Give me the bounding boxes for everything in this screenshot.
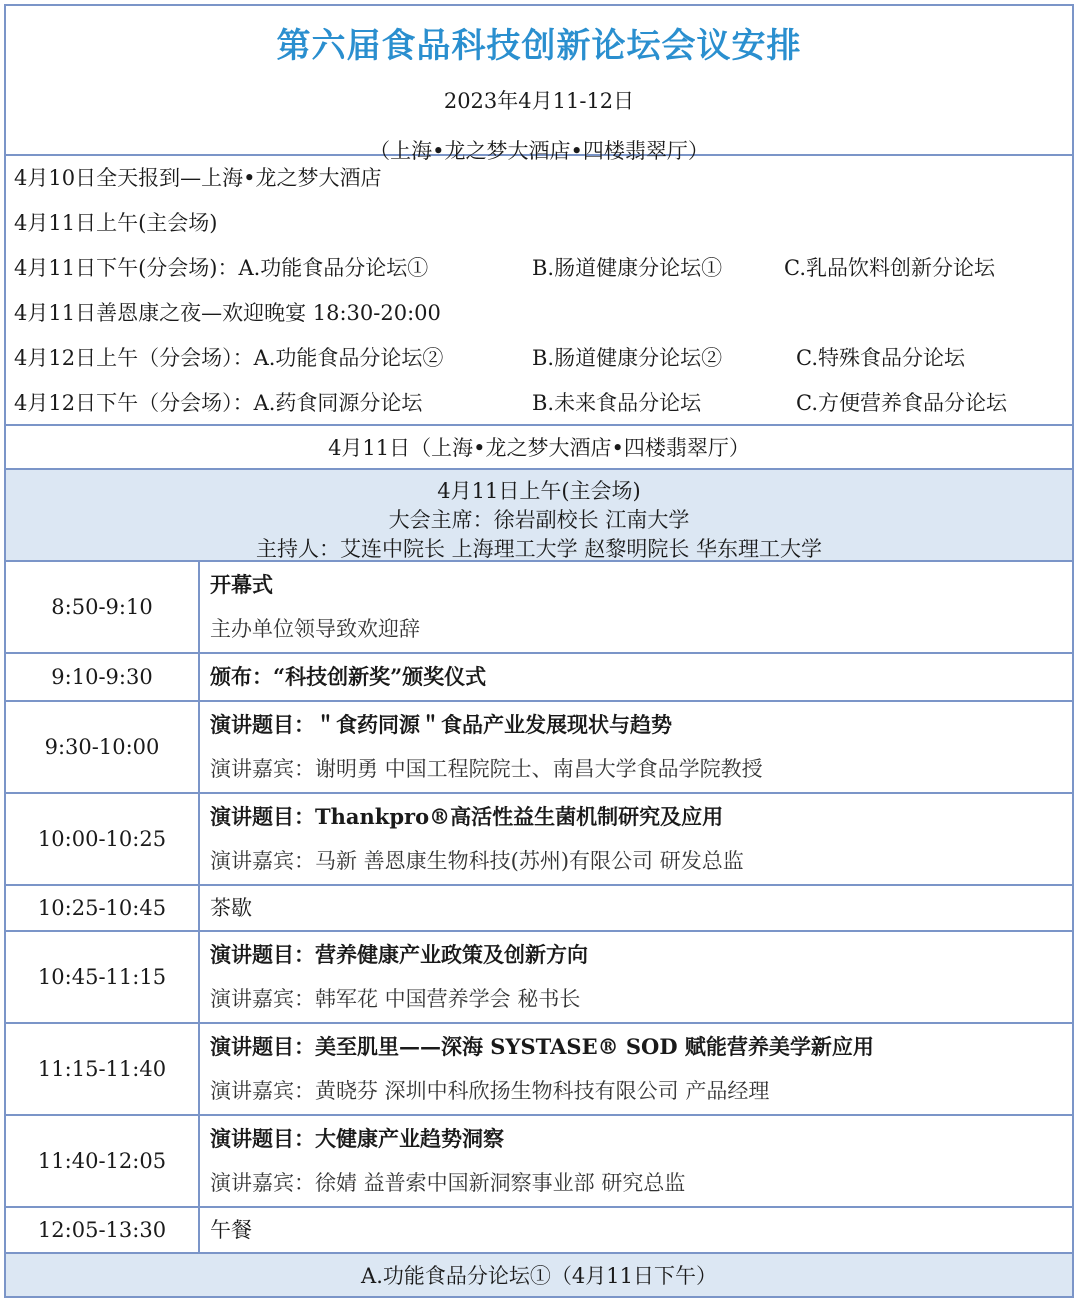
topic: 演讲题目：大健康产业趋势洞察 <box>210 1117 1071 1161</box>
time-cell: 10:25-10:45 <box>5 885 199 931</box>
table-row: 11:15-11:40 演讲题目：美至肌里——深海 SYSTASE® SOD 赋… <box>5 1023 1073 1115</box>
time-cell: 11:15-11:40 <box>5 1023 199 1115</box>
topic: 演讲题目：＂食药同源＂食品产业发展现状与趋势 <box>210 703 1071 747</box>
forum-c: C.乳品饮料创新分论坛 <box>784 246 995 291</box>
session-title: 4月11日上午(主会场) <box>6 470 1072 506</box>
content-cell: 午餐 <box>199 1207 1073 1253</box>
table-row: 9:30-10:00 演讲题目：＂食药同源＂食品产业发展现状与趋势 演讲嘉宾：谢… <box>5 701 1073 793</box>
content-cell: 演讲题目：＂食药同源＂食品产业发展现状与趋势 演讲嘉宾：谢明勇 中国工程院院士、… <box>199 701 1073 793</box>
overview-text: 4月11日上午(主会场) <box>14 211 217 235</box>
overview-line: 4月11日下午(分会场)：A.功能食品分论坛① B.肠道健康分论坛① C.乳品饮… <box>14 246 1072 291</box>
overview-text: 4月12日下午（分会场）：A.药食同源分论坛 <box>14 391 422 415</box>
topic: 演讲题目：Thankpro®高活性益生菌机制研究及应用 <box>210 795 1071 839</box>
overview-line: 4月11日善恩康之夜—欢迎晚宴 18:30-20:00 <box>14 291 1072 336</box>
overview-text: 4月11日善恩康之夜—欢迎晚宴 18:30-20:00 <box>14 301 441 325</box>
time-cell: 9:30-10:00 <box>5 701 199 793</box>
speaker: 演讲嘉宾：谢明勇 中国工程院院士、南昌大学食品学院教授 <box>210 747 1071 791</box>
session-header: 4月11日上午(主会场) 大会主席：徐岩副校长 江南大学 主持人：艾连中院长 上… <box>4 468 1074 560</box>
forum-b: B.肠道健康分论坛② <box>532 336 722 381</box>
lunch-label: 午餐 <box>210 1209 1071 1251</box>
table-row: 12:05-13:30 午餐 <box>5 1207 1073 1253</box>
table-row: 10:25-10:45 茶歇 <box>5 885 1073 931</box>
time-cell: 9:10-9:30 <box>5 653 199 701</box>
overview-text: 4月11日下午(分会场)：A.功能食品分论坛① <box>14 256 428 280</box>
overview-section: 4月10日全天报到—上海•龙之梦大酒店 4月11日上午(主会场) 4月11日下午… <box>4 154 1074 424</box>
forum-b: B.肠道健康分论坛① <box>532 246 722 291</box>
table-row: 10:45-11:15 演讲题目：营养健康产业政策及创新方向 演讲嘉宾：韩军花 … <box>5 931 1073 1023</box>
speaker: 演讲嘉宾：黄晓芬 深圳中科欣扬生物科技有限公司 产品经理 <box>210 1069 1071 1113</box>
time-cell: 10:45-11:15 <box>5 931 199 1023</box>
agenda-document: 第六届食品科技创新论坛会议安排 2023年4月11-12日 （上海•龙之梦大酒店… <box>4 4 1074 1298</box>
overview-line: 4月10日全天报到—上海•龙之梦大酒店 <box>14 156 1072 201</box>
event-date: 2023年4月11-12日 <box>6 85 1072 115</box>
break-label: 茶歇 <box>210 887 1071 929</box>
overview-line: 4月12日上午（分会场）：A.功能食品分论坛② B.肠道健康分论坛② C.特殊食… <box>14 336 1072 381</box>
overview-text: 4月12日上午（分会场）：A.功能食品分论坛② <box>14 346 443 370</box>
topic: 演讲题目：营养健康产业政策及创新方向 <box>210 933 1071 977</box>
time-cell: 12:05-13:30 <box>5 1207 199 1253</box>
content-cell: 茶歇 <box>199 885 1073 931</box>
content-cell: 演讲题目：营养健康产业政策及创新方向 演讲嘉宾：韩军花 中国营养学会 秘书长 <box>199 931 1073 1023</box>
time-cell: 10:00-10:25 <box>5 793 199 885</box>
overview-text: 4月10日全天报到—上海•龙之梦大酒店 <box>14 166 381 190</box>
table-row: 11:40-12:05 演讲题目：大健康产业趋势洞察 演讲嘉宾：徐婧 益普索中国… <box>5 1115 1073 1207</box>
content-cell: 演讲题目：大健康产业趋势洞察 演讲嘉宾：徐婧 益普索中国新洞察事业部 研究总监 <box>199 1115 1073 1207</box>
content-cell: 颁布：“科技创新奖”颁奖仪式 <box>199 653 1073 701</box>
schedule-table: 8:50-9:10 开幕式 主办单位领导致欢迎辞 9:10-9:30 颁布：“科… <box>4 560 1074 1254</box>
speaker: 演讲嘉宾：马新 善恩康生物科技(苏州)有限公司 研发总监 <box>210 839 1071 883</box>
overview-line: 4月11日上午(主会场) <box>14 201 1072 246</box>
topic: 开幕式 <box>210 563 1071 607</box>
forum-b: B.未来食品分论坛 <box>532 381 701 426</box>
title-section: 第六届食品科技创新论坛会议安排 2023年4月11-12日 （上海•龙之梦大酒店… <box>4 4 1074 154</box>
session-chair: 大会主席：徐岩副校长 江南大学 <box>6 506 1072 535</box>
day-header: 4月11日（上海•龙之梦大酒店•四楼翡翠厅） <box>4 424 1074 468</box>
table-row: 9:10-9:30 颁布：“科技创新奖”颁奖仪式 <box>5 653 1073 701</box>
speaker: 演讲嘉宾：徐婧 益普索中国新洞察事业部 研究总监 <box>210 1161 1071 1205</box>
speaker: 演讲嘉宾：韩军花 中国营养学会 秘书长 <box>210 977 1071 1021</box>
content-cell: 开幕式 主办单位领导致欢迎辞 <box>199 561 1073 653</box>
topic: 颁布：“科技创新奖”颁奖仪式 <box>210 655 1071 699</box>
time-cell: 8:50-9:10 <box>5 561 199 653</box>
table-row: 10:00-10:25 演讲题目：Thankpro®高活性益生菌机制研究及应用 … <box>5 793 1073 885</box>
page-title: 第六届食品科技创新论坛会议安排 <box>6 6 1072 67</box>
topic: 演讲题目：美至肌里——深海 SYSTASE® SOD 赋能营养美学新应用 <box>210 1025 1071 1069</box>
forum-c: C.特殊食品分论坛 <box>796 336 965 381</box>
forum-c: C.方便营养食品分论坛 <box>796 381 1007 426</box>
overview-line: 4月12日下午（分会场）：A.药食同源分论坛 B.未来食品分论坛 C.方便营养食… <box>14 381 1072 426</box>
content-cell: 演讲题目：Thankpro®高活性益生菌机制研究及应用 演讲嘉宾：马新 善恩康生… <box>199 793 1073 885</box>
time-cell: 11:40-12:05 <box>5 1115 199 1207</box>
content-cell: 演讲题目：美至肌里——深海 SYSTASE® SOD 赋能营养美学新应用 演讲嘉… <box>199 1023 1073 1115</box>
table-row: 8:50-9:10 开幕式 主办单位领导致欢迎辞 <box>5 561 1073 653</box>
speaker: 主办单位领导致欢迎辞 <box>210 607 1071 651</box>
next-session-header: A.功能食品分论坛①（4月11日下午） <box>4 1254 1074 1298</box>
